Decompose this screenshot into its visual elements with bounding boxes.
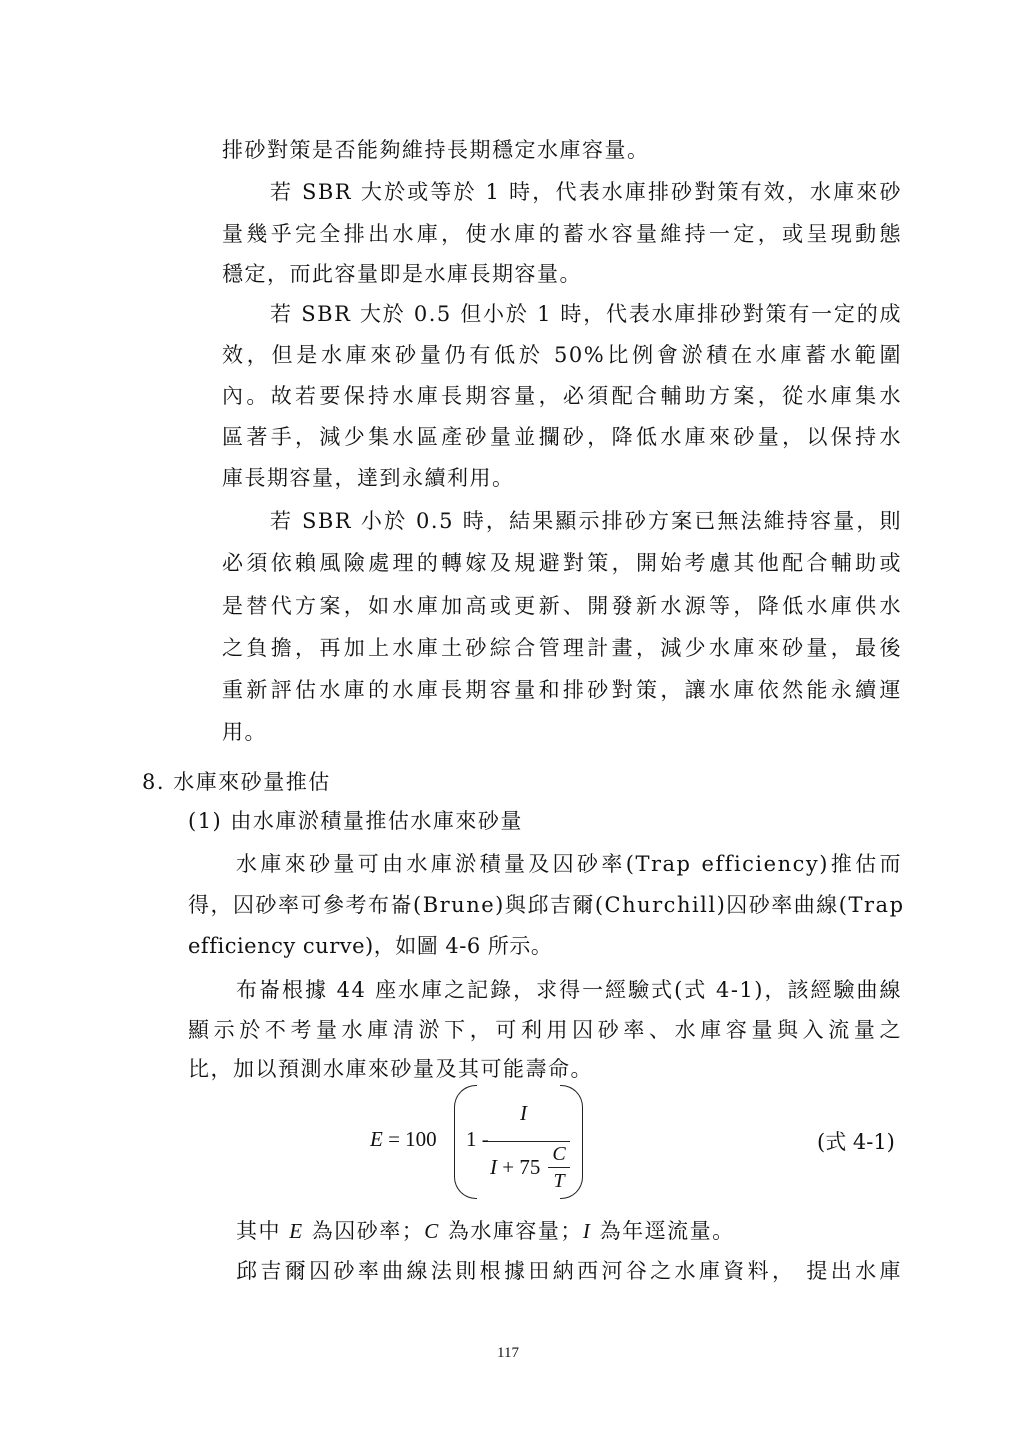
paragraph-line: 排砂對策是否能夠維持長期穩定水庫容量。	[222, 136, 902, 164]
plus-75: + 75	[497, 1155, 540, 1179]
definition-I: 為年逕流量。	[591, 1219, 734, 1243]
equals-100: = 100	[383, 1127, 437, 1151]
fraction-denominator: I + 75	[490, 1155, 540, 1180]
var-I: I	[490, 1155, 497, 1179]
equation-label: (式 4-1)	[817, 1126, 895, 1156]
equation-lhs: E = 100	[370, 1127, 437, 1152]
paragraph-line: 之負擔，再加上水庫土砂綜合管理計畫，減少水庫來砂量，最後	[222, 634, 902, 662]
paragraph-line: 量幾乎完全排出水庫，使水庫的蓄水容量維持一定，或呈現動態	[222, 220, 902, 248]
page-number: 117	[497, 1345, 519, 1362]
paragraph-line: 區著手，減少集水區產砂量並攔砂，降低水庫來砂量，以保持水	[222, 423, 902, 451]
var-E: E	[289, 1219, 303, 1243]
paragraph-line: 必須依賴風險處理的轉嫁及規避對策，開始考慮其他配合輔助或	[222, 549, 902, 577]
paragraph-line: 庫長期容量，達到永續利用。	[222, 464, 902, 492]
paragraph-line: 內。故若要保持水庫長期容量，必須配合輔助方案，從水庫集水	[222, 382, 902, 410]
definition-C: 為水庫容量；	[440, 1219, 583, 1243]
paragraph-line: 水庫來砂量可由水庫淤積量及囚砂率(Trap efficiency)推估而	[236, 850, 902, 878]
paragraph-line: 是替代方案，如水庫加高或更新、開發新水源等，降低水庫供水	[222, 592, 902, 620]
document-page: 排砂對策是否能夠維持長期穩定水庫容量。 若 SBR 大於或等於 1 時，代表水庫…	[0, 0, 1024, 1447]
paragraph-line: 若 SBR 小於 0.5 時，結果顯示排砂方案已無法維持容量，則	[270, 507, 902, 535]
paragraph-line: 比，加以預測水庫來砂量及其可能壽命。	[188, 1055, 902, 1083]
paragraph-line: 若 SBR 大於或等於 1 時，代表水庫排砂對策有效，水庫來砂	[270, 178, 902, 206]
variable-definitions: 其中 E 為囚砂率；C 為水庫容量；I 為年逕流量。	[236, 1217, 735, 1245]
paragraph-line: 效，但是水庫來砂量仍有低於 50%比例會淤積在水庫蓄水範圍	[222, 341, 902, 369]
definition-E: 為囚砂率；	[304, 1219, 425, 1243]
paragraph-line: 用。	[222, 718, 902, 746]
paragraph-line: 重新評估水庫的水庫長期容量和排砂對策，讓水庫依然能永續運	[222, 676, 902, 704]
paragraph-line: 邱吉爾囚砂率曲線法則根據田納西河谷之水庫資料， 提出水庫	[236, 1257, 902, 1285]
definitions-prefix: 其中	[236, 1219, 289, 1243]
paragraph-line: 若 SBR 大於 0.5 但小於 1 時，代表水庫排砂對策有一定的成	[270, 300, 902, 328]
paragraph-line: 顯示於不考量水庫清淤下，可利用囚砂率、水庫容量與入流量之	[188, 1016, 902, 1044]
fraction-numerator: I	[520, 1101, 527, 1126]
section-heading: 8. 水庫來砂量推估	[142, 768, 331, 796]
right-paren	[560, 1085, 583, 1199]
subsection-heading: (1) 由水庫淤積量推估水庫來砂量	[188, 807, 902, 835]
one-minus: 1 -	[466, 1127, 489, 1152]
var-C: C	[424, 1219, 440, 1243]
paragraph-line: 穩定，而此容量即是水庫長期容量。	[222, 260, 902, 288]
paragraph-line: efficiency curve)，如圖 4-6 所示。	[188, 932, 902, 960]
paragraph-line: 布崙根據 44 座水庫之記錄，求得一經驗式(式 4-1)，該經驗曲線	[236, 976, 902, 1004]
var-E: E	[370, 1127, 383, 1151]
fraction-bar	[488, 1141, 570, 1142]
paragraph-line: 得，囚砂率可參考布崙(Brune)與邱吉爾(Churchill)囚砂率曲線(Tr…	[188, 891, 902, 919]
